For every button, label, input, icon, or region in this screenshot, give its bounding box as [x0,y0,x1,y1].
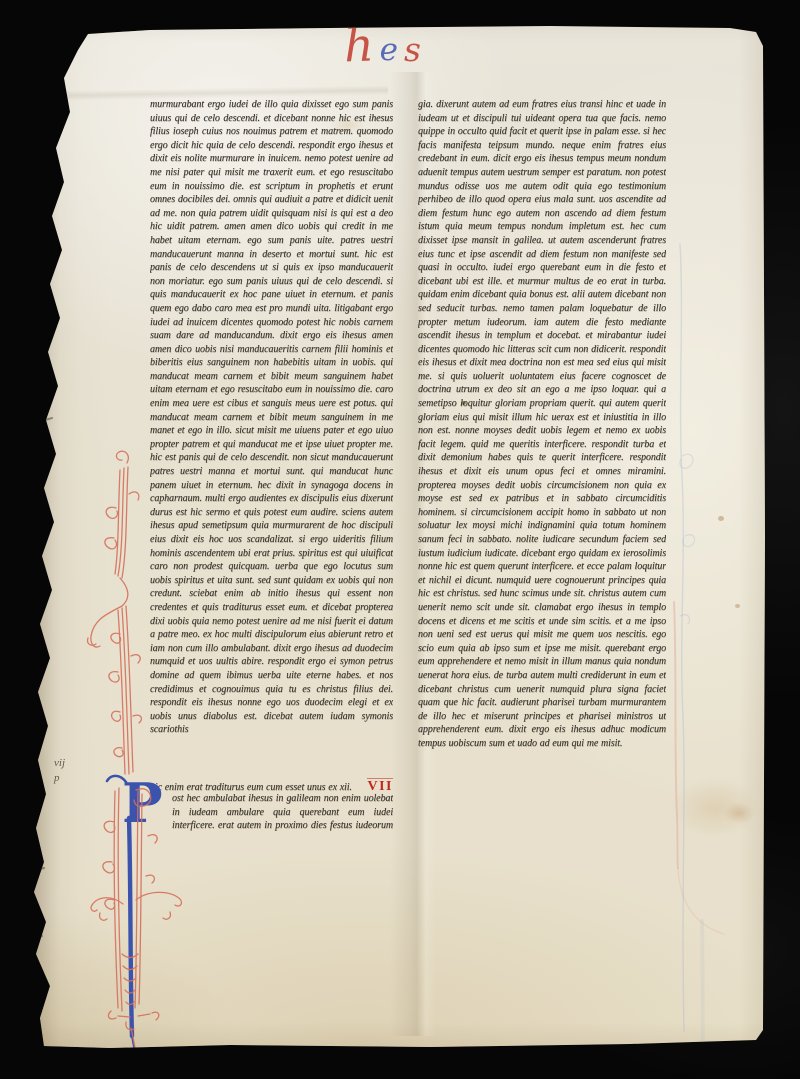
chapter-seven-incipit: ost hec ambulabat ihesus in galileam non… [150,792,393,833]
photo-backdrop: h e s vij p murmurabant ergo iudei de il… [0,0,800,1079]
running-header-letter: e [380,35,398,66]
manuscript-page: h e s vij p murmurabant ergo iudei de il… [30,16,765,1052]
text-column-right: gia. dixerunt autem ad eum fratres eius … [418,98,666,833]
right-column-text: gia. dixerunt autem ad eum fratres eius … [418,98,666,833]
red-filigree-upper [88,451,142,774]
running-header-letter: s [404,33,421,66]
fleck [718,516,724,521]
chapter-numeral-rubric: VII [367,778,393,792]
margin-quire-mark: vij p [54,756,65,786]
binding-edge-marks [32,60,66,994]
quire-mark-line: p [54,771,65,786]
quire-mark-line: vij [54,756,65,771]
verso-showthrough [674,244,724,1046]
text-column-left: murmurabant ergo iudei de illo quia dixi… [150,98,393,833]
running-header: h e s [344,22,421,68]
left-column-text: murmurabant ergo iudei de illo quia dixi… [150,98,393,778]
chapter-transition-line: hic enim erat traditurus eum cum esset u… [150,778,393,792]
stain [724,802,754,824]
running-header-letter: h [343,21,374,68]
stain [670,778,760,838]
last-line-of-chapter-six: hic enim erat traditurus eum cum esset u… [150,781,363,792]
fleck [735,604,740,608]
